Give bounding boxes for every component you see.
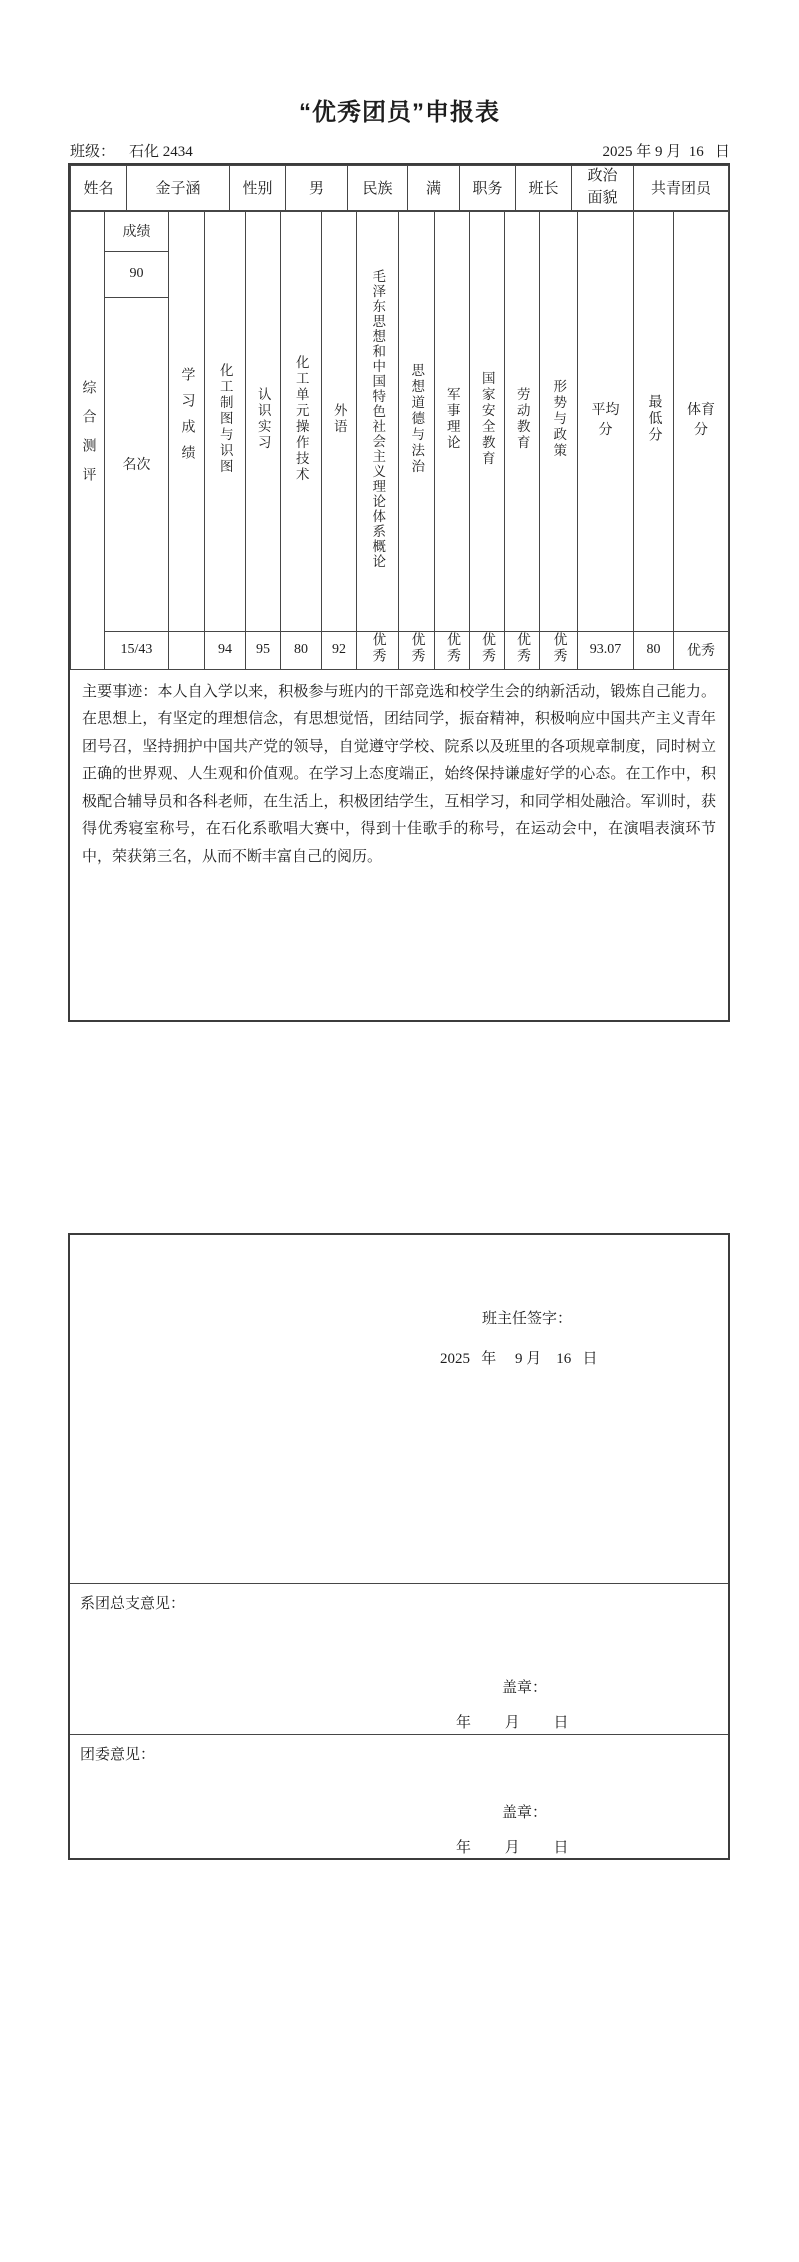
study-score-value [169,631,205,669]
subject-header-1: 认识实习 [246,211,281,631]
position-value: 班长 [516,166,572,211]
political-status-value: 共青团员 [634,166,729,211]
class-value: 石化 2434 [129,144,193,160]
gender-label: 性别 [230,166,286,211]
committee-seal-label: 盖章： [502,1801,547,1822]
subject-value-3: 92 [322,631,357,669]
league-committee-opinion-section: 团委意见： 盖章： 年 月 日 [70,1734,728,1858]
subject-header-4: 毛泽东思想和中国特色社会主义理论体系概论 [357,211,399,631]
study-score-header: 学习成绩 [169,211,205,631]
page-title: “优秀团员”申报表 [0,92,799,127]
form-meta-line: 班级：石化 2434 2025 年 9 月 16 日 [70,140,730,161]
dept-seal-label: 盖章： [502,1676,547,1697]
subject-header-6: 军事理论 [435,211,470,631]
subject-value-9: 优秀 [540,631,578,669]
study-score-label: 学习成绩 [180,367,194,471]
comprehensive-evaluation-label: 综合测评 [81,380,95,496]
subject-header-12: 体育分 [674,211,729,631]
subject-header-0: 化工制图与识图 [205,211,246,631]
subject-value-12: 优秀 [674,631,729,669]
score-label-cell: 成绩 [105,211,169,251]
main-deeds-text: 主要事迹：本人自入学以来，积极参与班内的干部竞选和校学生会的纳新活动，锻炼自己能… [70,670,728,1021]
committee-date-line: 年 月 日 [456,1836,569,1857]
application-form-page: “优秀团员”申报表 班级：石化 2434 2025 年 9 月 16 日 姓名 … [0,0,799,2262]
class-field: 班级：石化 2434 [70,140,193,161]
info-table: 姓名 金子涵 性别 男 民族 满 职务 班长 政治面貌 共青团员 [70,165,729,211]
position-label: 职务 [460,166,516,211]
subject-header-9: 形势与政策 [540,211,578,631]
rank-label-cell: 名次 [105,297,169,631]
rank-value-cell: 15/43 [105,631,169,669]
subject-header-5: 思想道德与法治 [399,211,435,631]
ethnicity-label: 民族 [348,166,408,211]
subject-header-3: 外语 [322,211,357,631]
political-status-label-text: 政治面貌 [585,166,621,210]
evaluation-table: 综合测评 成绩 学习成绩 化工制图与识图 认识实习 化工单元操作技术 外语 毛泽… [70,211,729,670]
teacher-signature-section: 班主任签字： 2025 年 9 月 16 日 [70,1235,728,1583]
ethnicity-value: 满 [408,166,460,211]
subject-value-7: 优秀 [470,631,505,669]
class-label: 班级： [70,144,115,160]
subject-value-10: 93.07 [578,631,634,669]
subject-value-4: 优秀 [357,631,399,669]
name-label: 姓名 [71,166,127,211]
subject-value-8: 优秀 [505,631,540,669]
subject-header-10: 平均分 [578,211,634,631]
subject-header-2: 化工单元操作技术 [281,211,322,631]
comprehensive-evaluation-header: 综合测评 [71,211,105,669]
gender-value: 男 [286,166,348,211]
form-date: 2025 年 9 月 16 日 [602,140,730,161]
dept-league-opinion-section: 系团总支意见： 盖章： 年 月 日 [70,1583,728,1734]
subject-value-6: 优秀 [435,631,470,669]
teacher-signature-date: 2025 年 9 月 16 日 [440,1347,598,1368]
subject-value-11: 80 [634,631,674,669]
subject-value-2: 80 [281,631,322,669]
league-committee-opinion-label: 团委意见： [80,1743,155,1764]
name-value: 金子涵 [127,166,230,211]
dept-league-opinion-label: 系团总支意见： [80,1592,185,1613]
subject-header-8: 劳动教育 [505,211,540,631]
opinions-table: 班主任签字： 2025 年 9 月 16 日 系团总支意见： 盖章： 年 月 日… [68,1233,730,1860]
main-form-table: 姓名 金子涵 性别 男 民族 满 职务 班长 政治面貌 共青团员 综合测评 [68,163,730,1022]
subject-header-7: 国家安全教育 [470,211,505,631]
political-status-label: 政治面貌 [572,166,634,211]
subject-value-1: 95 [246,631,281,669]
dept-date-line: 年 月 日 [456,1711,569,1732]
subject-value-5: 优秀 [399,631,435,669]
subject-header-11: 最低分 [634,211,674,631]
subject-value-0: 94 [205,631,246,669]
teacher-signature-label: 班主任签字： [482,1307,572,1328]
score-value-cell: 90 [105,251,169,297]
